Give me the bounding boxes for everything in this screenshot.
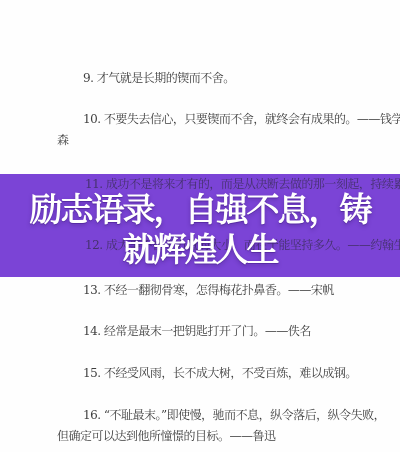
quote-line-9: 9. 才气就是长期的锲而不舍。 — [83, 71, 235, 86]
banner-title-line2: 就辉煌人生 — [0, 224, 400, 271]
quote-line-16-continuation: 但确定可以达到他所憧憬的目标。——鲁迅 — [57, 429, 276, 444]
quote-line-14: 14. 经常是最末一把钥匙打开了门。——佚名 — [83, 324, 311, 339]
quote-line-10: 10. 不要失去信心，只要锲而不舍，就终会有成果的。——钱学 — [83, 112, 400, 127]
quotes-document-page: 9. 才气就是长期的锲而不舍。 10. 不要失去信心，只要锲而不舍，就终会有成果… — [0, 0, 400, 452]
quote-line-16: 16. “不耻最末。”即使慢，驰而不息，纵令落后，纵令失败， — [83, 408, 385, 423]
quote-line-13: 13. 不经一翻彻骨寒，怎得梅花扑鼻香。——宋帆 — [83, 283, 334, 298]
quote-line-10-continuation: 森 — [57, 133, 69, 148]
quote-line-15: 15. 不经受风雨，长不成大树，不受百炼，难以成钢。 — [83, 366, 357, 381]
